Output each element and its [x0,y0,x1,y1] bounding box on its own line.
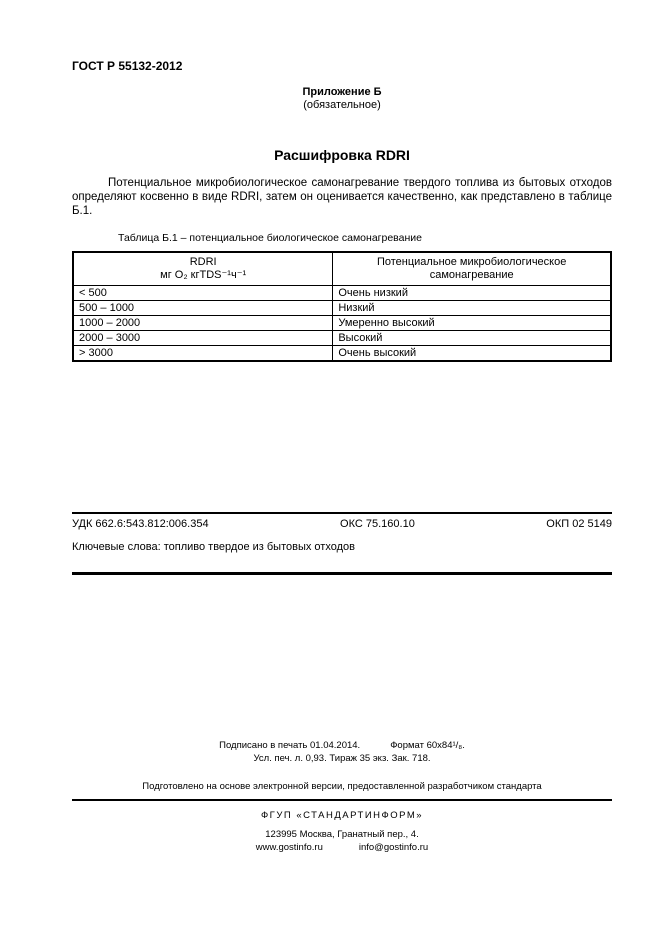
table-caption: Таблица Б.1 – потенциальное биологическо… [72,232,612,244]
divider-rule-bottom [72,799,612,801]
section-title: Расшифровка RDRI [72,147,612,163]
table-row: < 500 Очень низкий [73,286,611,301]
imprint-line-2: Усл. печ. л. 0,93. Тираж 35 экз. Зак. 71… [72,753,612,764]
publisher-website: www.gostinfo.ru [256,842,323,853]
classification-codes-row: УДК 662.6:543.812:006.354 ОКС 75.160.10 … [72,518,612,530]
annex-heading: Приложение Б (обязательное) [72,86,612,112]
table-row: 500 – 1000 Низкий [73,301,611,316]
prepared-note: Подготовлено на основе электронной верси… [72,781,612,792]
divider-rule-top [72,512,612,514]
keywords-line: Ключевые слова: топливо твердое из бытов… [72,541,612,553]
cell-range: < 500 [73,286,333,301]
oks-code: ОКС 75.160.10 [340,518,415,530]
okp-code: ОКП 02 5149 [546,518,612,530]
column-header-rdri: RDRI мг O₂ кгTDS⁻¹ч⁻¹ [73,252,333,286]
cell-level: Низкий [333,301,611,316]
column-header-selfheating: Потенциальное микробиологическое самонаг… [333,252,611,286]
publisher-email: info@gostinfo.ru [359,842,428,853]
table-row: > 3000 Очень высокий [73,346,611,362]
cell-range: 1000 – 2000 [73,316,333,331]
signed-to-print: Подписано в печать 01.04.2014. [219,740,360,751]
cell-level: Очень низкий [333,286,611,301]
cell-range: 2000 – 3000 [73,331,333,346]
paper-format: Формат 60х84¹/₈. [390,740,465,751]
publisher-contacts: www.gostinfo.ru info@gostinfo.ru [72,842,612,853]
document-code: ГОСТ Р 55132-2012 [72,59,182,73]
annex-title: Приложение Б [72,86,612,99]
table-b1-container: RDRI мг O₂ кгTDS⁻¹ч⁻¹ Потенциальное микр… [72,251,612,362]
column-header-selfheating-line2: самонагревание [335,269,608,282]
column-header-rdri-units: мг O₂ кгTDS⁻¹ч⁻¹ [76,269,330,282]
table-b1: RDRI мг O₂ кгTDS⁻¹ч⁻¹ Потенциальное микр… [72,251,612,362]
column-header-selfheating-line1: Потенциальное микробиологическое [335,256,608,269]
divider-rule-middle [72,572,612,575]
table-header-row: RDRI мг O₂ кгTDS⁻¹ч⁻¹ Потенциальное микр… [73,252,611,286]
cell-level: Умеренно высокий [333,316,611,331]
publisher-address: 123995 Москва, Гранатный пер., 4. [72,829,612,840]
column-header-rdri-line1: RDRI [76,256,330,269]
cell-range: > 3000 [73,346,333,362]
table-row: 1000 – 2000 Умеренно высокий [73,316,611,331]
publisher-name: ФГУП «СТАНДАРТИНФОРМ» [72,810,612,821]
annex-subtitle: (обязательное) [72,99,612,112]
cell-level: Высокий [333,331,611,346]
imprint-line-1: Подписано в печать 01.04.2014. Формат 60… [72,740,612,751]
document-page: ГОСТ Р 55132-2012 Приложение Б (обязател… [0,0,661,936]
table-row: 2000 – 3000 Высокий [73,331,611,346]
cell-level: Очень высокий [333,346,611,362]
cell-range: 500 – 1000 [73,301,333,316]
udk-code: УДК 662.6:543.812:006.354 [72,518,209,530]
body-paragraph: Потенциальное микробиологическое самонаг… [72,176,612,218]
